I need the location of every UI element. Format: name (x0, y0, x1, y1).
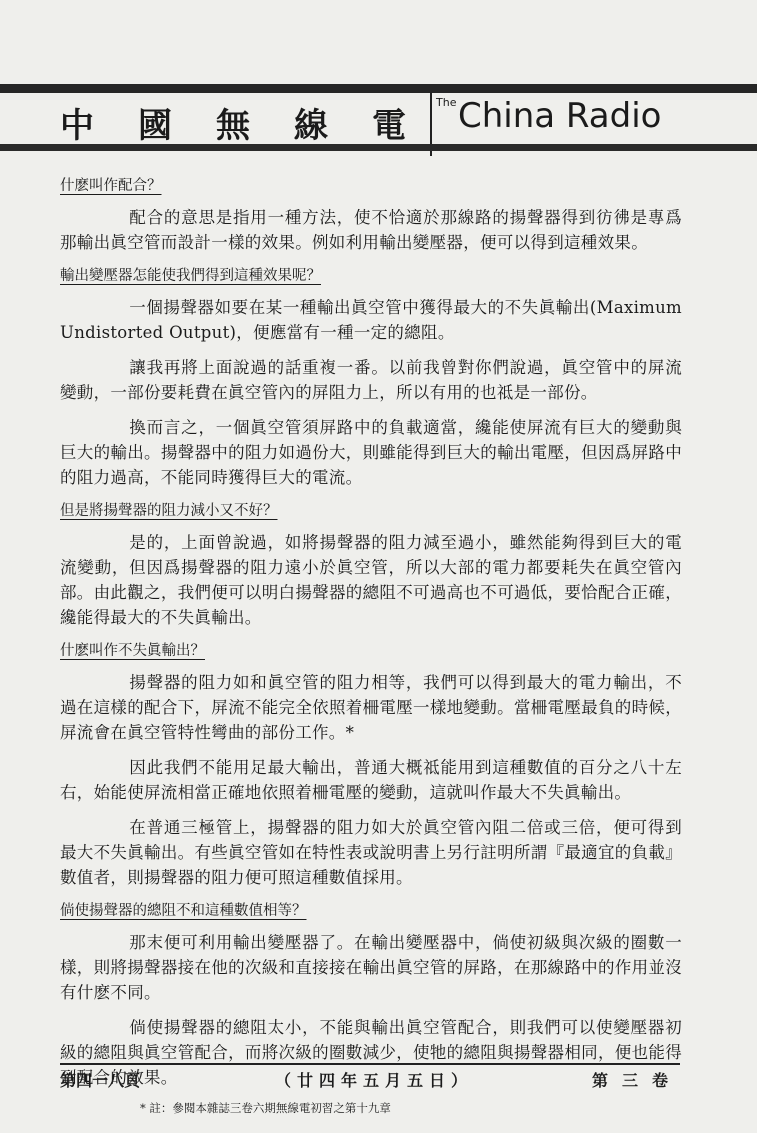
paragraph: 讓我再將上面說過的話重複一番。以前我曾對你們說過，眞空管中的屏流變動，一部份要耗… (60, 355, 682, 405)
paragraph: 一個揚聲器如要在某一種輸出眞空管中獲得最大的不失眞輸出(Maximum Undi… (60, 295, 682, 345)
section-heading: 但是將揚聲器的阻力減小又不好？ (60, 500, 682, 522)
paragraph: 換而言之，一個眞空管須屏路中的負載適當，纔能使屏流有巨大的變動與巨大的輸出。揚聲… (60, 415, 682, 490)
page-number: 第四一八頁 (60, 1068, 140, 1091)
section-heading: 倘使揚聲器的總阻不和這種數值相等？ (60, 900, 682, 922)
masthead-title-chinese: 中國無線電 (60, 98, 450, 147)
paragraph: 配合的意思是指用一種方法，使不恰適於那線路的揚聲器得到彷彿是專爲那輸出眞空管而設… (60, 205, 682, 255)
paragraph: 揚聲器的阻力如和眞空管的阻力相等，我們可以得到最大的電力輸出，不過在這樣的配合下… (60, 670, 682, 745)
section-heading: 輸出變壓器怎能使我們得到這種效果呢？ (60, 265, 682, 287)
section-heading: 什麽叫作配合？ (60, 175, 682, 197)
paragraph: 在普通三極管上，揚聲器的阻力如大於眞空管內阻二倍或三倍，便可得到最大不失眞輸出。… (60, 815, 682, 890)
article-body: 什麽叫作配合？ 配合的意思是指用一種方法，使不恰適於那線路的揚聲器得到彷彿是專爲… (60, 175, 682, 1128)
masthead-title-english: China Radio (458, 96, 661, 136)
footnote: * 註：參閱本雜誌三卷六期無線電初習之第十九章 (140, 1100, 682, 1116)
paragraph: 因此我們不能用足最大輸出，普通大概祗能用到這種數值的百分之八十左右，始能使屏流相… (60, 755, 682, 805)
section-undistorted-output: 什麽叫作不失眞輸出？ 揚聲器的阻力如和眞空管的阻力相等，我們可以得到最大的電力輸… (60, 640, 682, 890)
masthead-the: The (436, 96, 456, 109)
issue-date: （廿四年五月五日） (275, 1068, 473, 1091)
section-what-is-matching: 什麽叫作配合？ 配合的意思是指用一種方法，使不恰適於那線路的揚聲器得到彷彿是專爲… (60, 175, 682, 255)
section-impedance-mismatch: 倘使揚聲器的總阻不和這種數值相等？ 那末便可利用輸出變壓器了。在輸出變壓器中，倘… (60, 900, 682, 1090)
paragraph: 是的，上面曾說過，如將揚聲器的阻力減至過小，雖然能夠得到巨大的電流變動，但因爲揚… (60, 530, 682, 630)
masthead-top-rule (0, 84, 757, 93)
paragraph: 那末便可利用輸出變壓器了。在輸出變壓器中，倘使初級與次級的圈數一樣，則將揚聲器接… (60, 930, 682, 1005)
masthead-bottom-rule (0, 144, 757, 151)
volume-number: 第三卷 (592, 1068, 682, 1091)
section-reduce-resistance: 但是將揚聲器的阻力減小又不好？ 是的，上面曾說過，如將揚聲器的阻力減至過小，雖然… (60, 500, 682, 630)
footer-rule (60, 1063, 680, 1065)
section-heading: 什麽叫作不失眞輸出？ (60, 640, 682, 662)
masthead: 中國無線電 The China Radio (0, 84, 757, 154)
section-output-transformer: 輸出變壓器怎能使我們得到這種效果呢？ 一個揚聲器如要在某一種輸出眞空管中獲得最大… (60, 265, 682, 490)
